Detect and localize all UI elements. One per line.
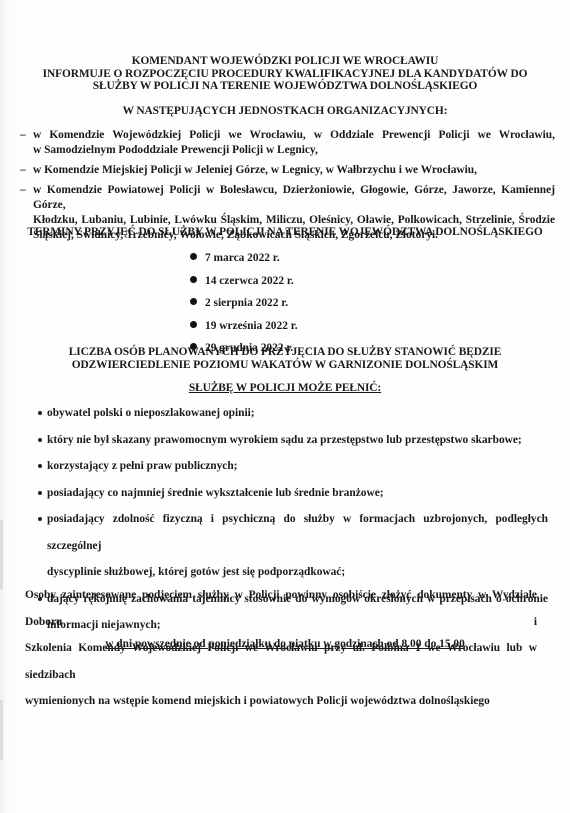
document-header: KOMENDANT WOJEWÓDZKI POLICJI WE WROCŁAWI…	[0, 55, 570, 93]
unit-line: w Komendzie Wojewódzkiej Policji we Wroc…	[33, 128, 555, 143]
requirements-heading: SŁUŻBĘ W POLICJI MOŻE PEŁNIĆ:	[0, 382, 570, 395]
scan-edge-shadow	[0, 700, 3, 760]
date-item: 14 czerwca 2022 r.	[190, 273, 298, 296]
units-heading: W NASTĘPUJĄCYCH JEDNOSTKACH ORGANIZACYJN…	[0, 105, 570, 118]
date-item: 19 września 2022 r.	[190, 318, 298, 341]
bullet-icon	[38, 491, 42, 495]
bullet-icon	[38, 411, 42, 415]
bullet-icon	[38, 517, 42, 521]
bullet-icon	[190, 298, 197, 305]
unit-item: – w Komendzie Wojewódzkiej Policji we Wr…	[20, 128, 555, 158]
requirement-item: korzystający z pełni praw publicznych;	[38, 453, 548, 480]
requirement-item: który nie był skazany prawomocnym wyroki…	[38, 427, 548, 454]
dash-marker: –	[20, 183, 26, 198]
submission-line: wymienionych na wstępie komend miejskich…	[25, 688, 537, 715]
requirement-text: obywatel polski o nieposzlakowanej opini…	[47, 400, 548, 427]
dash-marker: –	[20, 128, 26, 143]
bullet-icon	[190, 276, 197, 283]
header-subtitle-2: SŁUŻBY W POLICJI NA TERENIE WOJEWÓDZTWA …	[0, 80, 570, 93]
submission-line: Osoby zainteresowane podjęciem służby w …	[25, 582, 537, 635]
requirement-text: który nie był skazany prawomocnym wyroki…	[47, 427, 548, 454]
dash-marker: –	[20, 163, 26, 178]
header-subtitle: INFORMUJE O ROZPOCZĘCIU PROCEDURY KWALIF…	[0, 68, 570, 81]
bullet-icon	[38, 464, 42, 468]
unit-line: w Komendzie Powiatowej Policji w Bolesła…	[33, 183, 555, 213]
terms-heading: TERMINY PRZYJĘĆ DO SŁUŻBY W POLICJI NA T…	[0, 226, 570, 239]
bullet-icon	[38, 438, 42, 442]
date-text: 14 czerwca 2022 r.	[205, 275, 294, 287]
requirement-item: obywatel polski o nieposzlakowanej opini…	[38, 400, 548, 427]
count-notice: LICZBA OSÓB PLANOWANYCH DO PRZYJĘCIA DO …	[0, 346, 570, 371]
requirement-text: posiadający co najmniej średnie wykształ…	[47, 480, 548, 507]
unit-line: w Samodzielnym Pododdziale Prewencji Pol…	[33, 144, 318, 156]
requirement-item: posiadający co najmniej średnie wykształ…	[38, 480, 548, 507]
bullet-icon	[190, 321, 197, 328]
requirement-item: posiadający zdolność fizyczną i psychicz…	[38, 506, 548, 586]
bullet-icon	[190, 253, 197, 260]
date-text: 19 września 2022 r.	[205, 320, 298, 332]
requirement-text: posiadający zdolność fizyczną i psychicz…	[47, 506, 548, 559]
date-text: 7 marca 2022 r.	[205, 252, 280, 264]
scan-edge-shadow	[0, 520, 3, 590]
unit-item: – w Komendzie Miejskiej Policji w Jeleni…	[20, 163, 555, 178]
requirement-text: korzystający z pełni praw publicznych;	[47, 453, 548, 480]
date-item: 2 sierpnia 2022 r.	[190, 295, 298, 318]
office-hours: w dni powszednie od poniedziałku do piąt…	[0, 638, 570, 650]
count-notice-line: LICZBA OSÓB PLANOWANYCH DO PRZYJĘCIA DO …	[0, 346, 570, 359]
date-item: 7 marca 2022 r.	[190, 250, 298, 273]
count-notice-line: ODZWIERCIEDLENIE POZIOMU WAKATÓW W GARNI…	[0, 359, 570, 372]
date-text: 2 sierpnia 2022 r.	[205, 297, 288, 309]
header-title: KOMENDANT WOJEWÓDZKI POLICJI WE WROCŁAWI…	[0, 55, 570, 68]
unit-line: w Komendzie Miejskiej Policji w Jeleniej…	[33, 164, 477, 176]
